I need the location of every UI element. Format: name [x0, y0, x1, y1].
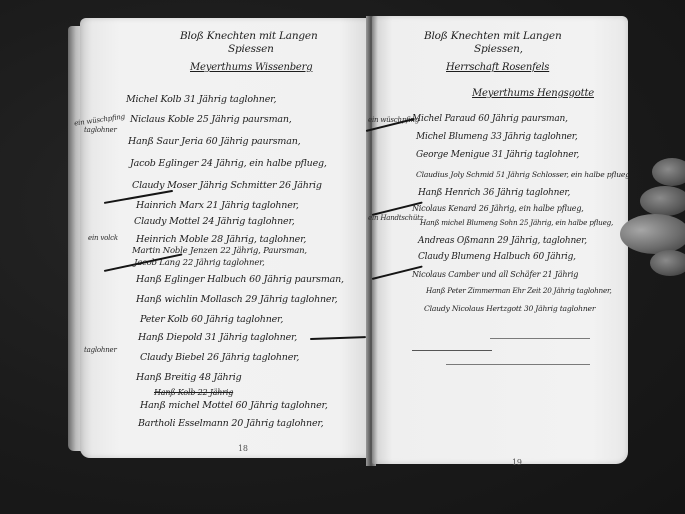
right-entry: Nicolaus Kenard 26 Jährig, ein halbe pfl… [412, 204, 584, 213]
finger [650, 250, 685, 276]
left-entry: Niclaus Koble 25 Jährig paursman, [130, 114, 292, 125]
right-entry: Hanß Henrich 36 Jährig taglohner, [418, 188, 570, 198]
left-margin-note-4: taglohner [84, 346, 117, 354]
left-margin-note-2: taglohner [84, 126, 117, 134]
right-entry: Michel Paraud 60 Jährig paursman, [412, 114, 568, 124]
left-entry: Hainrich Marx 21 Jährig taglohner, [136, 200, 299, 211]
right-entry: George Menigue 31 Jährig taglohner, [416, 150, 579, 160]
finger [640, 186, 685, 216]
left-entry: Heinrich Moble 28 Jährig, taglohner, [136, 234, 306, 245]
left-entry: Hanß wichlin Mollasch 29 Jährig taglohne… [136, 294, 337, 305]
left-entry-struck: Hanß Kolb 22 Jährig [154, 388, 233, 397]
left-entry: Hanß Diepold 31 Jährig taglohner, [138, 332, 297, 343]
right-page-section-title: Herrschaft Rosenfels [446, 62, 549, 73]
left-entry: Bartholi Esselmann 20 Jährig taglohner, [138, 418, 324, 429]
ruled-line [412, 350, 492, 351]
right-entry: Hanß michel Blumeng Sohn 25 Jährig, ein … [420, 218, 613, 227]
left-entry: Claudy Mottel 24 Jährig taglohner, [134, 216, 295, 227]
left-page-section-title: Meyerthums Wissenberg [190, 62, 312, 73]
right-page-heading: Bloß Knechten mit Langen [424, 30, 562, 42]
left-entry: Claudy Moser Jährig Schmitter 26 Jährig [132, 180, 322, 191]
left-entry: Jacob Eglinger 24 Jährig, ein halbe pflu… [130, 158, 327, 169]
ruled-line [490, 338, 590, 339]
left-entry: Martin Noble Jenzen 22 Jährig, Paursman, [132, 246, 307, 256]
right-entry: Nicolaus Camber und all Schäfer 21 Jähri… [412, 270, 578, 279]
right-margin-note-2: ein Handtschütz [368, 214, 423, 222]
ruled-line [446, 364, 590, 365]
left-entry: Hanß Eglinger Halbuch 60 Jährig paursman… [136, 274, 344, 285]
right-entry: Claudy Nicolaus Hertzgott 30 Jährig tagl… [424, 304, 595, 313]
right-page-heading-line2: Spiessen, [474, 43, 523, 55]
left-folio-mark: 18 [238, 444, 248, 453]
left-margin-note-3: ein volck [88, 234, 118, 242]
left-entry: Hanß Saur Jeria 60 Jährig paursman, [128, 136, 300, 147]
thumb [620, 214, 685, 254]
left-page-heading: Bloß Knechten mit Langen [180, 30, 318, 42]
left-entry: Hanß michel Mottel 60 Jährig taglohner, [140, 400, 328, 411]
right-entry: Michel Blumeng 33 Jährig taglohner, [416, 132, 578, 142]
right-entry: Claudy Blumeng Halbuch 60 Jährig, [418, 252, 576, 262]
right-entry: Andreas Oßmann 29 Jährig, taglohner, [418, 236, 587, 246]
left-entry: Peter Kolb 60 Jährig taglohner, [140, 314, 283, 325]
left-page: Bloß Knechten mit Langen Spiessen Meyert… [80, 18, 372, 458]
finger [652, 158, 685, 186]
left-entry: Michel Kolb 31 Jährig taglohner, [126, 94, 276, 105]
right-folio-mark: 19 [512, 458, 522, 467]
left-page-heading-line2: Spiessen [228, 43, 274, 55]
left-entry: Hanß Breitig 48 Jährig [136, 372, 242, 383]
right-page: Bloß Knechten mit Langen Spiessen, Herrs… [372, 16, 628, 464]
right-page-subsection-title: Meyerthums Hengsgotte [472, 88, 594, 99]
left-entry: Claudy Biebel 26 Jährig taglohner, [140, 352, 299, 363]
right-entry: Claudius Joly Schmid 51 Jährig Schlosser… [416, 170, 632, 179]
right-entry: Hanß Peter Zimmerman Ehr Zeit 20 Jährig … [426, 286, 612, 295]
